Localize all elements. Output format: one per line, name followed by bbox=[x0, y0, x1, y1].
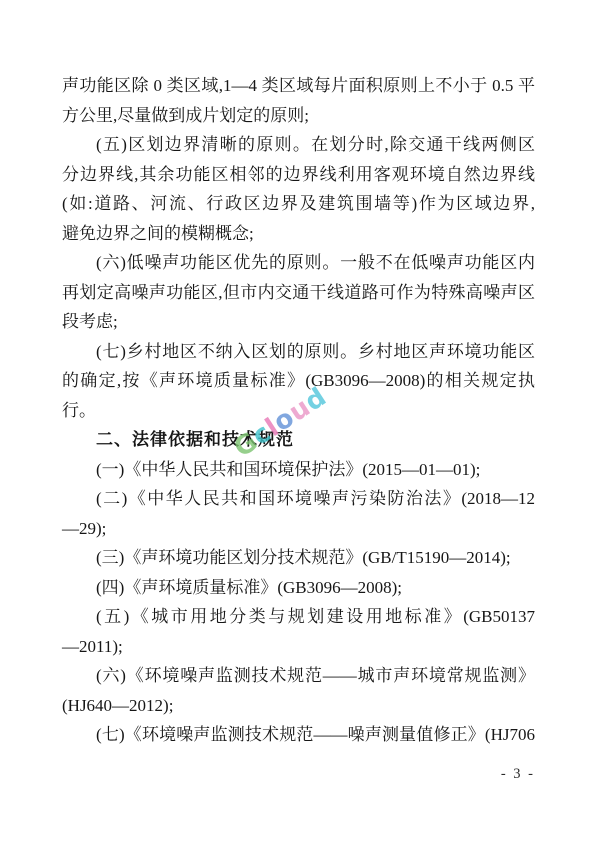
list-item: (三)《声环境功能区划分技术规范》(GB/T15190—2014); bbox=[62, 543, 535, 573]
text-line: 行。 bbox=[62, 396, 535, 426]
list-item: (五)《城市用地分类与规划建设用地标准》(GB50137 bbox=[62, 602, 535, 632]
list-item: (四)《声环境质量标准》(GB3096—2008); bbox=[62, 573, 535, 603]
list-item: (六)《环境噪声监测技术规范——城市声环境常规监测》 bbox=[62, 661, 535, 691]
text-line: (如:道路、河流、行政区边界及建筑围墙等)作为区域边界, bbox=[62, 189, 535, 219]
text-line: (六)低噪声功能区优先的原则。一般不在低噪声功能区内 bbox=[62, 248, 535, 278]
list-item: (二)《中华人民共和国环境噪声污染防治法》(2018—12 bbox=[62, 484, 535, 514]
document-body: 声功能区除 0 类区域,1—4 类区域每片面积原则上不小于 0.5 平 方公里,… bbox=[62, 71, 535, 750]
text-line: 方公里,尽量做到成片划定的原则; bbox=[62, 101, 535, 131]
text-line: 声功能区除 0 类区域,1—4 类区域每片面积原则上不小于 0.5 平 bbox=[62, 71, 535, 101]
text-line: (七)乡村地区不纳入区划的原则。乡村地区声环境功能区 bbox=[62, 337, 535, 367]
list-item: (一)《中华人民共和国环境保护法》(2015—01—01); bbox=[62, 455, 535, 485]
text-line: 段考虑; bbox=[62, 307, 535, 337]
text-line: 的确定,按《声环境质量标准》(GB3096—2008)的相关规定执 bbox=[62, 366, 535, 396]
text-line: —2011); bbox=[62, 632, 535, 662]
text-line: 再划定高噪声功能区,但市内交通干线道路可作为特殊高噪声区 bbox=[62, 278, 535, 308]
text-line: 避免边界之间的模糊概念; bbox=[62, 219, 535, 249]
text-line: 分边界线,其余功能区相邻的边界线利用客观环境自然边界线 bbox=[62, 160, 535, 190]
list-item: (七)《环境噪声监测技术规范——噪声测量值修正》(HJ706 bbox=[62, 720, 535, 750]
text-line: (五)区划边界清晰的原则。在划分时,除交通干线两侧区 bbox=[62, 130, 535, 160]
text-line: (HJ640—2012); bbox=[62, 691, 535, 721]
text-line: —29); bbox=[62, 514, 535, 544]
section-heading: 二、法律依据和技术规范 bbox=[62, 425, 535, 455]
document-page: 声功能区除 0 类区域,1—4 类区域每片面积原则上不小于 0.5 平 方公里,… bbox=[0, 0, 595, 841]
page-number: - 3 - bbox=[501, 766, 535, 783]
